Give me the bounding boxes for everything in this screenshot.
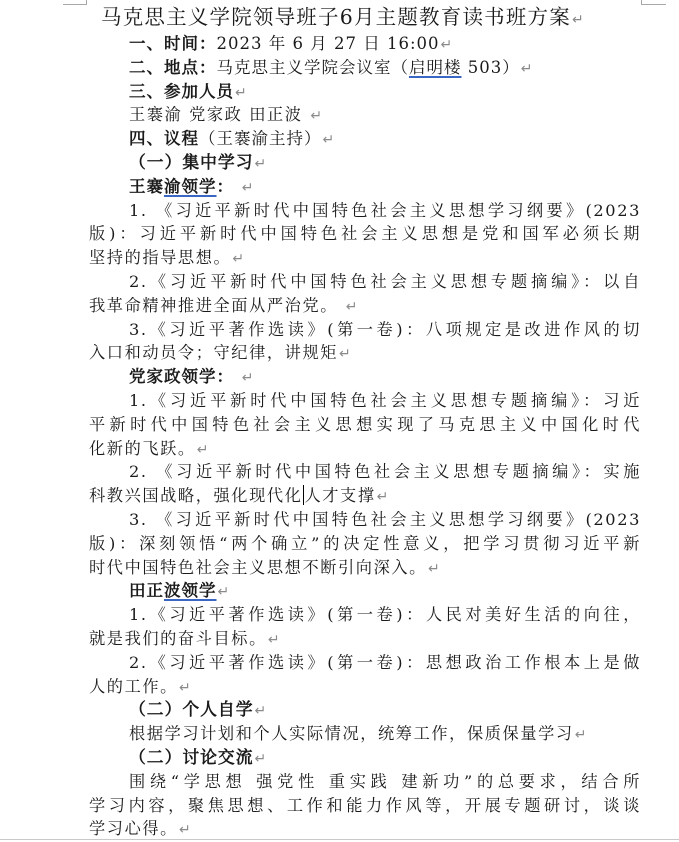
leader-2-name: 党家政领学 [129,367,217,386]
agenda-label: 四、议程 [129,129,199,148]
paragraph-mark-icon: ↵ [377,489,390,505]
text: 学习心得。 [89,819,178,838]
paragraph-mark-icon: ↵ [310,108,323,124]
paragraph-mark-icon: ↵ [218,584,231,600]
attendees-label: 三、参加人员 [129,82,234,101]
part3-line-3: 学习心得。↵ [89,817,641,841]
part3-heading-text: （二）讨论交流 [129,747,253,767]
part1-heading: （一）集中学习↵ [89,151,641,175]
leader-3-heading: 田正波领学↵ [89,579,641,603]
leader-3-item-1-line-1: 1.《习近平著作选读》(第一卷)：人民对美好生活的向往， [89,603,641,627]
paragraph-mark-icon: ↵ [242,370,255,386]
leader-2-item-3-line-2: 版)：深刻领悟“两个确立”的决定性意义，把学习贯彻习近平新 [89,532,641,556]
text: 我革命精神推进全面从严治党。 [89,296,345,315]
paragraph-mark-icon: ↵ [179,680,192,696]
place-label: 二、地点： [129,58,217,77]
leader-2-item-3-line-1: 3. 《习近平新时代中国特色社会主义思想学习纲要》(2023 [89,508,641,532]
leader-3-name: 田正 [129,581,164,600]
leader-1-item-1-line-3: 坚持的指导思想。↵ [89,246,641,270]
leader-2-colon: ： [217,367,235,386]
leader-1-colon: ： [217,177,235,196]
text: 就是我们的奋斗目标。 [89,629,267,648]
agenda-value: （王褰渝主持） [199,129,322,148]
paragraph-mark-icon: ↵ [242,180,255,196]
leader-2-item-2-line-1: 2. 《习近平新时代中国特色社会主义思想专题摘编》：实施 [89,460,641,484]
attendee-names-text: 王褰渝 党家政 田正波 [129,105,309,124]
paragraph-mark-icon: ↵ [428,561,441,577]
leader-1-name-spellcheck[interactable]: 渝领学 [164,177,217,196]
leader-1-item-1-line-1: 1. 《习近平新时代中国特色社会主义思想学习纲要》(2023 [89,199,641,223]
leader-1-name: 王褰 [129,177,164,196]
paragraph-mark-icon: ↵ [441,37,454,53]
text: 坚持的指导思想。 [89,248,231,267]
section-agenda: 四、议程（王褰渝主持）↵ [89,127,641,151]
section-place: 二、地点：马克思主义学院会议室（启明楼 503）↵ [89,56,641,80]
place-building-spellcheck[interactable]: 启明楼 [409,58,462,77]
part3-line-1: 围绕“学思想 强党性 重实践 建新功”的总要求，结合所 [89,770,641,794]
paragraph-mark-icon: ↵ [254,156,267,172]
page-corner-mark-left [63,0,87,5]
time-value: 2023 年 6 月 27 日 16:00 [217,34,440,53]
leader-1-item-2-line-2: 我革命精神推进全面从严治党。 ↵ [89,294,641,318]
page-corner-mark-right [641,0,666,5]
place-value-suffix: 503） [462,58,520,77]
leader-2-item-1-line-1: 1.《习近平新时代中国特色社会主义思想专题摘编》：习近 [89,389,641,413]
paragraph-mark-icon: ↵ [254,703,267,719]
part2-text: 根据学习计划和个人实际情况，统筹工作，保质保量学习↵ [89,722,641,746]
paragraph-mark-icon: ↵ [572,12,585,28]
text: 化新的飞跃。 [89,439,196,458]
document-title: 马克思主义学院领导班子6月主题教育读书班方案↵ [89,2,641,32]
paragraph-mark-icon: ↵ [339,346,352,362]
text: 根据学习计划和个人实际情况，统筹工作，保质保量学习 [129,724,574,743]
section-time: 一、时间：2023 年 6 月 27 日 16:00↵ [89,32,641,56]
paragraph-mark-icon: ↵ [197,442,210,458]
part2-heading-text: （二）个人自学 [129,699,253,719]
text: 时代中国特色社会主义思想不断引向深入。 [89,558,427,577]
part3-heading: （二）讨论交流↵ [89,746,641,770]
leader-1-item-3-line-2: 入口和动员令；守纪律，讲规矩↵ [89,341,641,365]
paragraph-mark-icon: ↵ [575,727,588,743]
text: 人才支撑 [304,486,375,505]
part2-heading: （二）个人自学↵ [89,698,641,722]
text: 科教兴国战略，强化现代化 [89,486,302,505]
page-bottom-edge [0,839,679,840]
place-value-prefix: 马克思主义学院会议室（ [217,58,410,77]
leader-1-item-2-line-1: 2.《习近平新时代中国特色社会主义思想专题摘编》：以自 [89,270,641,294]
time-label: 一、时间： [129,34,217,53]
attendee-names: 王褰渝 党家政 田正波 ↵ [89,103,641,127]
title-text: 马克思主义学院领导班子6月主题教育读书班方案 [101,5,571,29]
paragraph-mark-icon: ↵ [235,85,248,101]
leader-1-heading: 王褰渝领学： ↵ [89,175,641,199]
paragraph-mark-icon: ↵ [323,132,336,148]
leader-3-item-2-line-1: 2.《习近平著作选读》(第一卷)：思想政治工作根本上是做 [89,651,641,675]
leader-2-item-1-line-2: 平新时代中国特色社会主义思想实现了马克思主义中国化时代 [89,413,641,437]
leader-3-name-spellcheck[interactable]: 波领学 [164,581,217,600]
leader-2-item-3-line-3: 时代中国特色社会主义思想不断引向深入。↵ [89,556,641,580]
part3-line-2: 学习内容，聚焦思想、工作和能力作风等，开展专题研讨，谈谈 [89,794,641,818]
leader-2-item-2-line-2: 科教兴国战略，强化现代化人才支撑↵ [89,484,641,508]
leader-1-item-3-line-1: 3.《习近平著作选读》(第一卷)：八项规定是改进作风的切 [89,318,641,342]
paragraph-mark-icon: ↵ [254,751,267,767]
leader-1-item-1-line-2: 版)：习近平新时代中国特色社会主义思想是党和国军必须长期 [89,222,641,246]
leader-2-heading: 党家政领学： ↵ [89,365,641,389]
paragraph-mark-icon: ↵ [268,632,281,648]
paragraph-mark-icon: ↵ [232,251,245,267]
text: 入口和动员令；守纪律，讲规矩 [89,343,338,362]
leader-3-item-1-line-2: 就是我们的奋斗目标。↵ [89,627,641,651]
leader-3-item-2-line-2: 人的工作。↵ [89,675,641,699]
section-attendees: 三、参加人员↵ [89,80,641,104]
leader-2-item-1-line-3: 化新的飞跃。↵ [89,437,641,461]
paragraph-mark-icon: ↵ [179,822,192,838]
document-page[interactable]: 马克思主义学院领导班子6月主题教育读书班方案↵ 一、时间：2023 年 6 月 … [89,2,641,841]
paragraph-mark-icon: ↵ [346,299,359,315]
text: 人的工作。 [89,677,178,696]
part1-heading-text: （一）集中学习 [129,152,253,172]
paragraph-mark-icon: ↵ [521,61,534,77]
